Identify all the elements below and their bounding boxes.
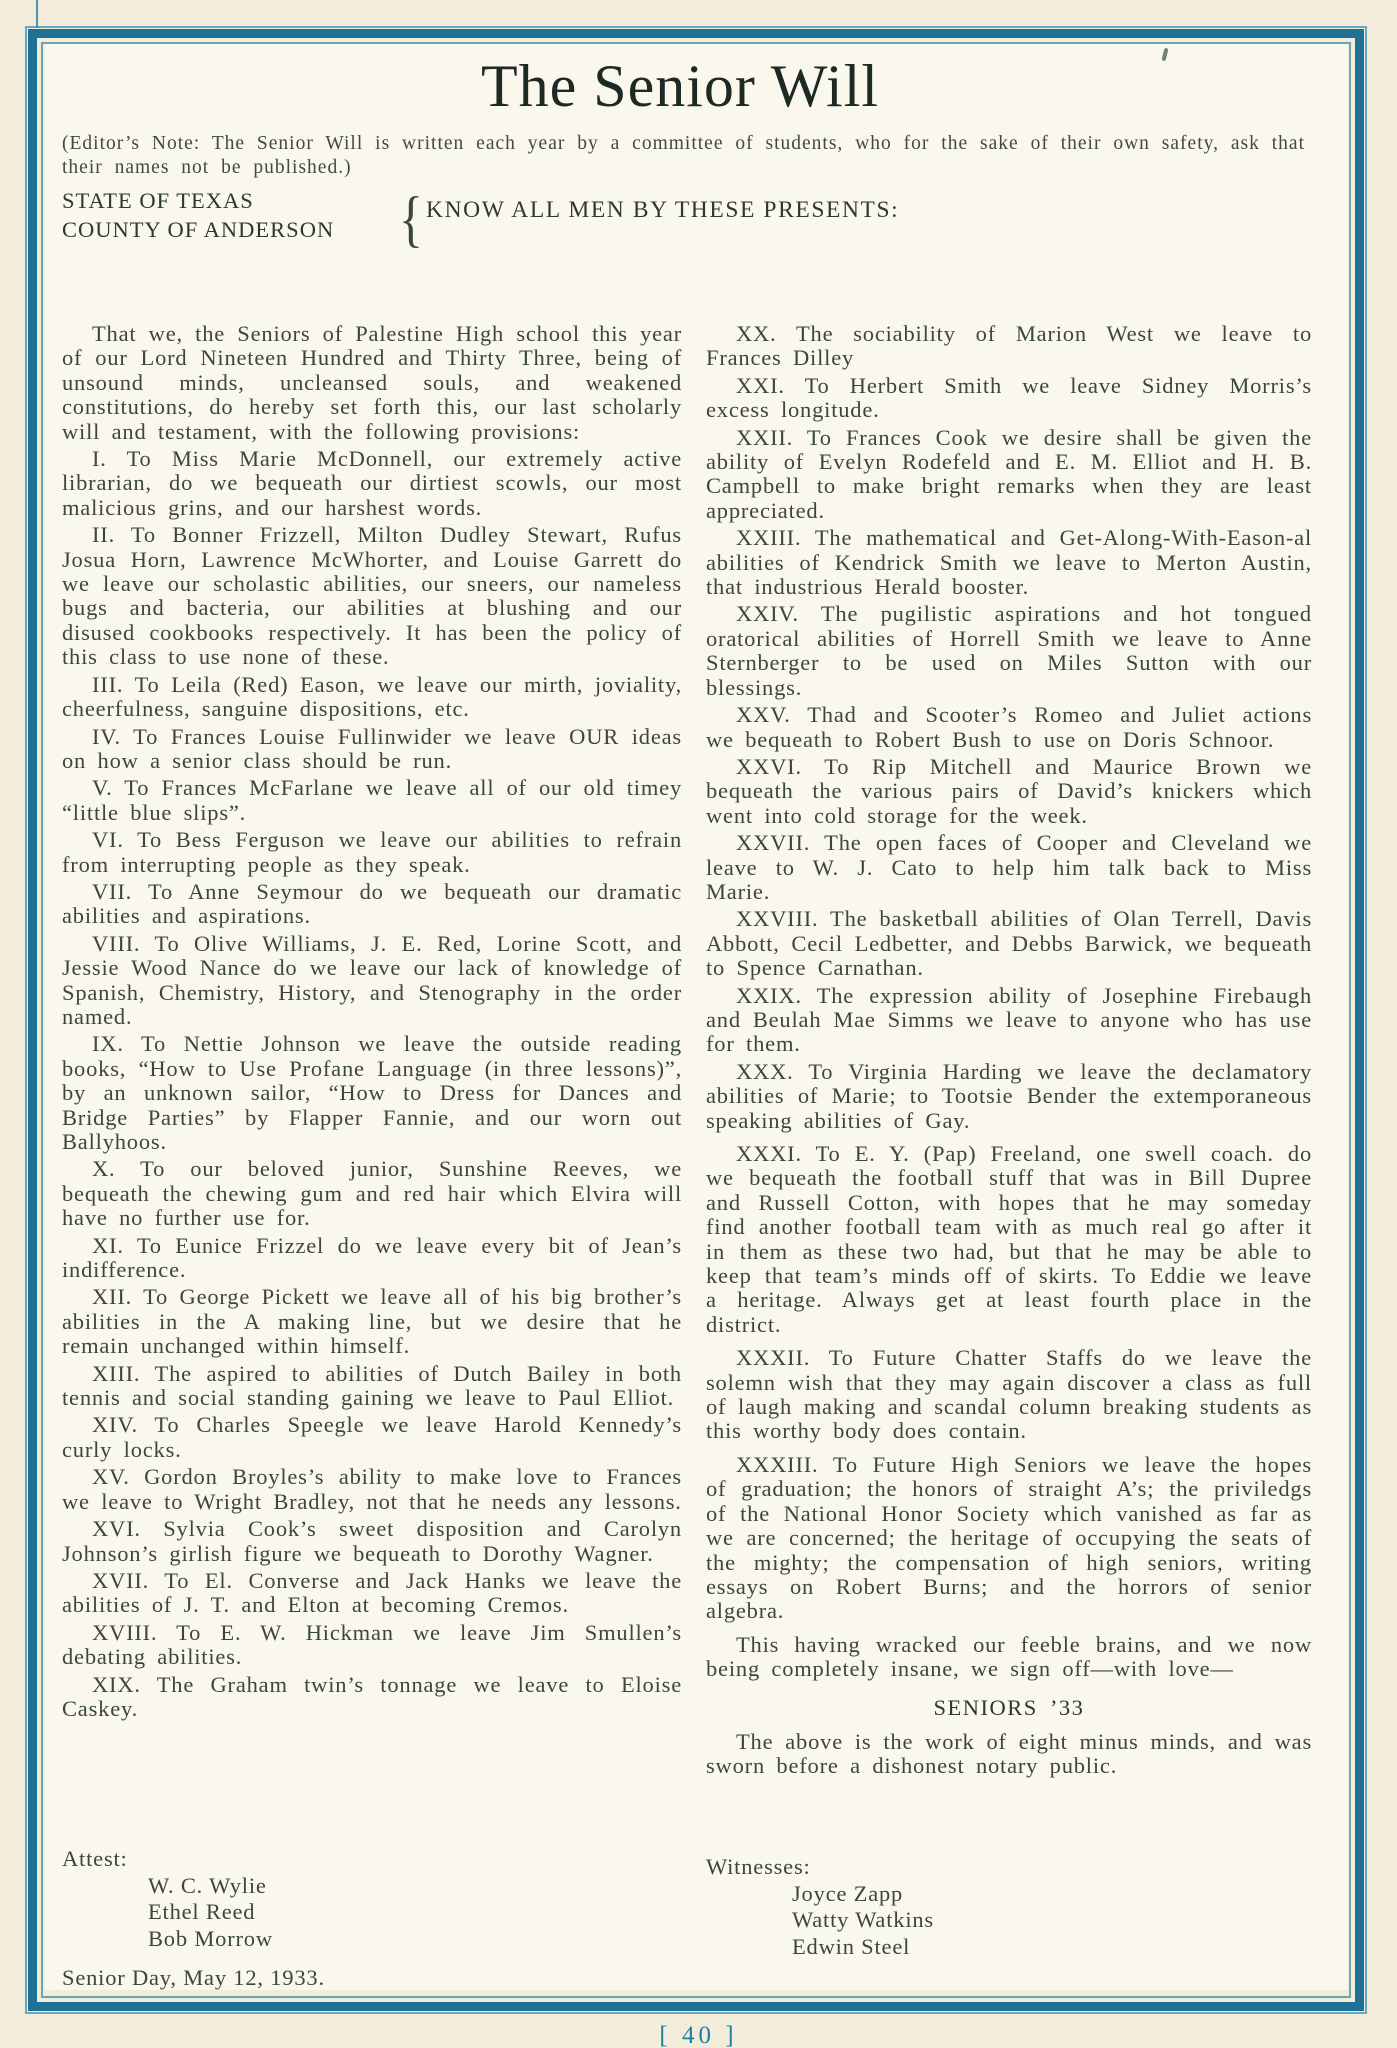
will-clause-27: XXVII. The open faces of Cooper and Clev… (706, 831, 1312, 904)
yearbook-page: The Senior Will (Editor’s Note: The Seni… (0, 0, 1397, 2048)
will-clause-28: XXVIII. The basketball abilities of Olan… (706, 907, 1312, 980)
will-clause-13: XIII. The aspired to abilities of Dutch … (62, 1362, 682, 1411)
jurisdiction-block: STATE OF TEXAS COUNTY OF ANDERSON (62, 186, 334, 244)
scan-artifact-border-overrun (36, 0, 38, 28)
senior-day-date: Senior Day, May 12, 1933. (62, 1965, 325, 1992)
will-clause-22: XXII. To Frances Cook we desire shall be… (706, 426, 1312, 524)
page-number: [ 40 ] (0, 2022, 1397, 2048)
signature-seniors-33: SENIORS ’33 (706, 1696, 1312, 1720)
witness-name-2: Watty Watkins (792, 1907, 934, 1934)
will-clause-12: XII. To George Pickett we leave all of h… (62, 1285, 682, 1358)
attest-names: W. C. Wylie Ethel Reed Bob Morrow (62, 1873, 325, 1953)
will-clause-26: XXVI. To Rip Mitchell and Maurice Brown … (706, 755, 1312, 828)
witnesses-label: Witnesses: (706, 1854, 934, 1881)
witness-names: Joyce Zapp Watty Watkins Edwin Steel (706, 1881, 934, 1961)
witness-name-3: Edwin Steel (792, 1934, 934, 1961)
will-clause-17: XVII. To El. Converse and Jack Hanks we … (62, 1569, 682, 1618)
will-clause-2: II. To Bonner Frizzell, Milton Dudley St… (62, 523, 682, 669)
will-clause-23: XXIII. The mathematical and Get-Along-Wi… (706, 526, 1312, 599)
will-clause-16: XVI. Sylvia Cook’s sweet disposition and… (62, 1517, 682, 1566)
will-clause-21: XXI. To Herbert Smith we leave Sidney Mo… (706, 374, 1312, 423)
will-clause-9: IX. To Nettie Johnson we leave the outsi… (62, 1032, 682, 1154)
will-clause-15: XV. Gordon Broyles’s ability to make lov… (62, 1465, 682, 1514)
will-clause-20: XX. The sociability of Marion West we le… (706, 322, 1312, 371)
will-clause-11: XI. To Eunice Frizzel do we leave every … (62, 1234, 682, 1283)
proclamation-heading: KNOW ALL MEN BY THESE PRESENTS: (426, 197, 899, 224)
left-column: That we, the Seniors of Palestine High s… (62, 322, 682, 1724)
closing-paragraph: This having wracked our feeble brains, a… (706, 1633, 1312, 1682)
will-clause-10: X. To our beloved junior, Sunshine Reeve… (62, 1157, 682, 1230)
attest-name-3: Bob Morrow (148, 1926, 325, 1953)
intro-paragraph: That we, the Seniors of Palestine High s… (62, 322, 682, 444)
right-column: XX. The sociability of Marion West we le… (706, 322, 1312, 1782)
attest-name-2: Ethel Reed (148, 1899, 325, 1926)
will-clause-3: III. To Leila (Red) Eason, we leave our … (62, 673, 682, 722)
will-clause-4: IV. To Frances Louise Fullinwider we lea… (62, 725, 682, 774)
attest-block: Attest: W. C. Wylie Ethel Reed Bob Morro… (62, 1846, 325, 1992)
will-clause-25: XXV. Thad and Scooter’s Romeo and Juliet… (706, 703, 1312, 752)
will-clause-14: XIV. To Charles Speegle we leave Harold … (62, 1413, 682, 1462)
closing-note: The above is the work of eight minus min… (706, 1730, 1312, 1779)
will-clause-7: VII. To Anne Seymour do we bequeath our … (62, 880, 682, 929)
will-clause-32: XXXII. To Future Chatter Staffs do we le… (706, 1346, 1312, 1444)
witness-name-1: Joyce Zapp (792, 1881, 934, 1908)
will-clause-5: V. To Frances McFarlane we leave all of … (62, 776, 682, 825)
left-brace-glyph: { (399, 182, 423, 255)
will-clause-31: XXXI. To E. Y. (Pap) Freeland, one swell… (706, 1142, 1312, 1337)
will-clause-24: XXIV. The pugilistic aspirations and hot… (706, 602, 1312, 700)
will-clause-18: XVIII. To E. W. Hickman we leave Jim Smu… (62, 1621, 682, 1670)
attest-name-1: W. C. Wylie (148, 1873, 325, 1900)
will-clause-1: I. To Miss Marie McDonnell, our extremel… (62, 447, 682, 520)
jurisdiction-county: COUNTY OF ANDERSON (62, 215, 334, 244)
witnesses-block: Witnesses: Joyce Zapp Watty Watkins Edwi… (706, 1854, 934, 1960)
editor-note: (Editor’s Note: The Senior Will is writt… (62, 132, 1305, 179)
page-title: The Senior Will (30, 52, 1330, 121)
will-clause-30: XXX. To Virginia Harding we leave the de… (706, 1060, 1312, 1133)
will-clause-8: VIII. To Olive Williams, J. E. Red, Lori… (62, 932, 682, 1030)
will-clause-29: XXIX. The expression ability of Josephin… (706, 984, 1312, 1057)
will-clause-19: XIX. The Graham twin’s tonnage we leave … (62, 1673, 682, 1722)
will-clause-6: VI. To Bess Ferguson we leave our abilit… (62, 828, 682, 877)
jurisdiction-state: STATE OF TEXAS (62, 186, 334, 215)
will-clause-33: XXXIII. To Future High Seniors we leave … (706, 1453, 1312, 1624)
attest-label: Attest: (62, 1846, 325, 1873)
